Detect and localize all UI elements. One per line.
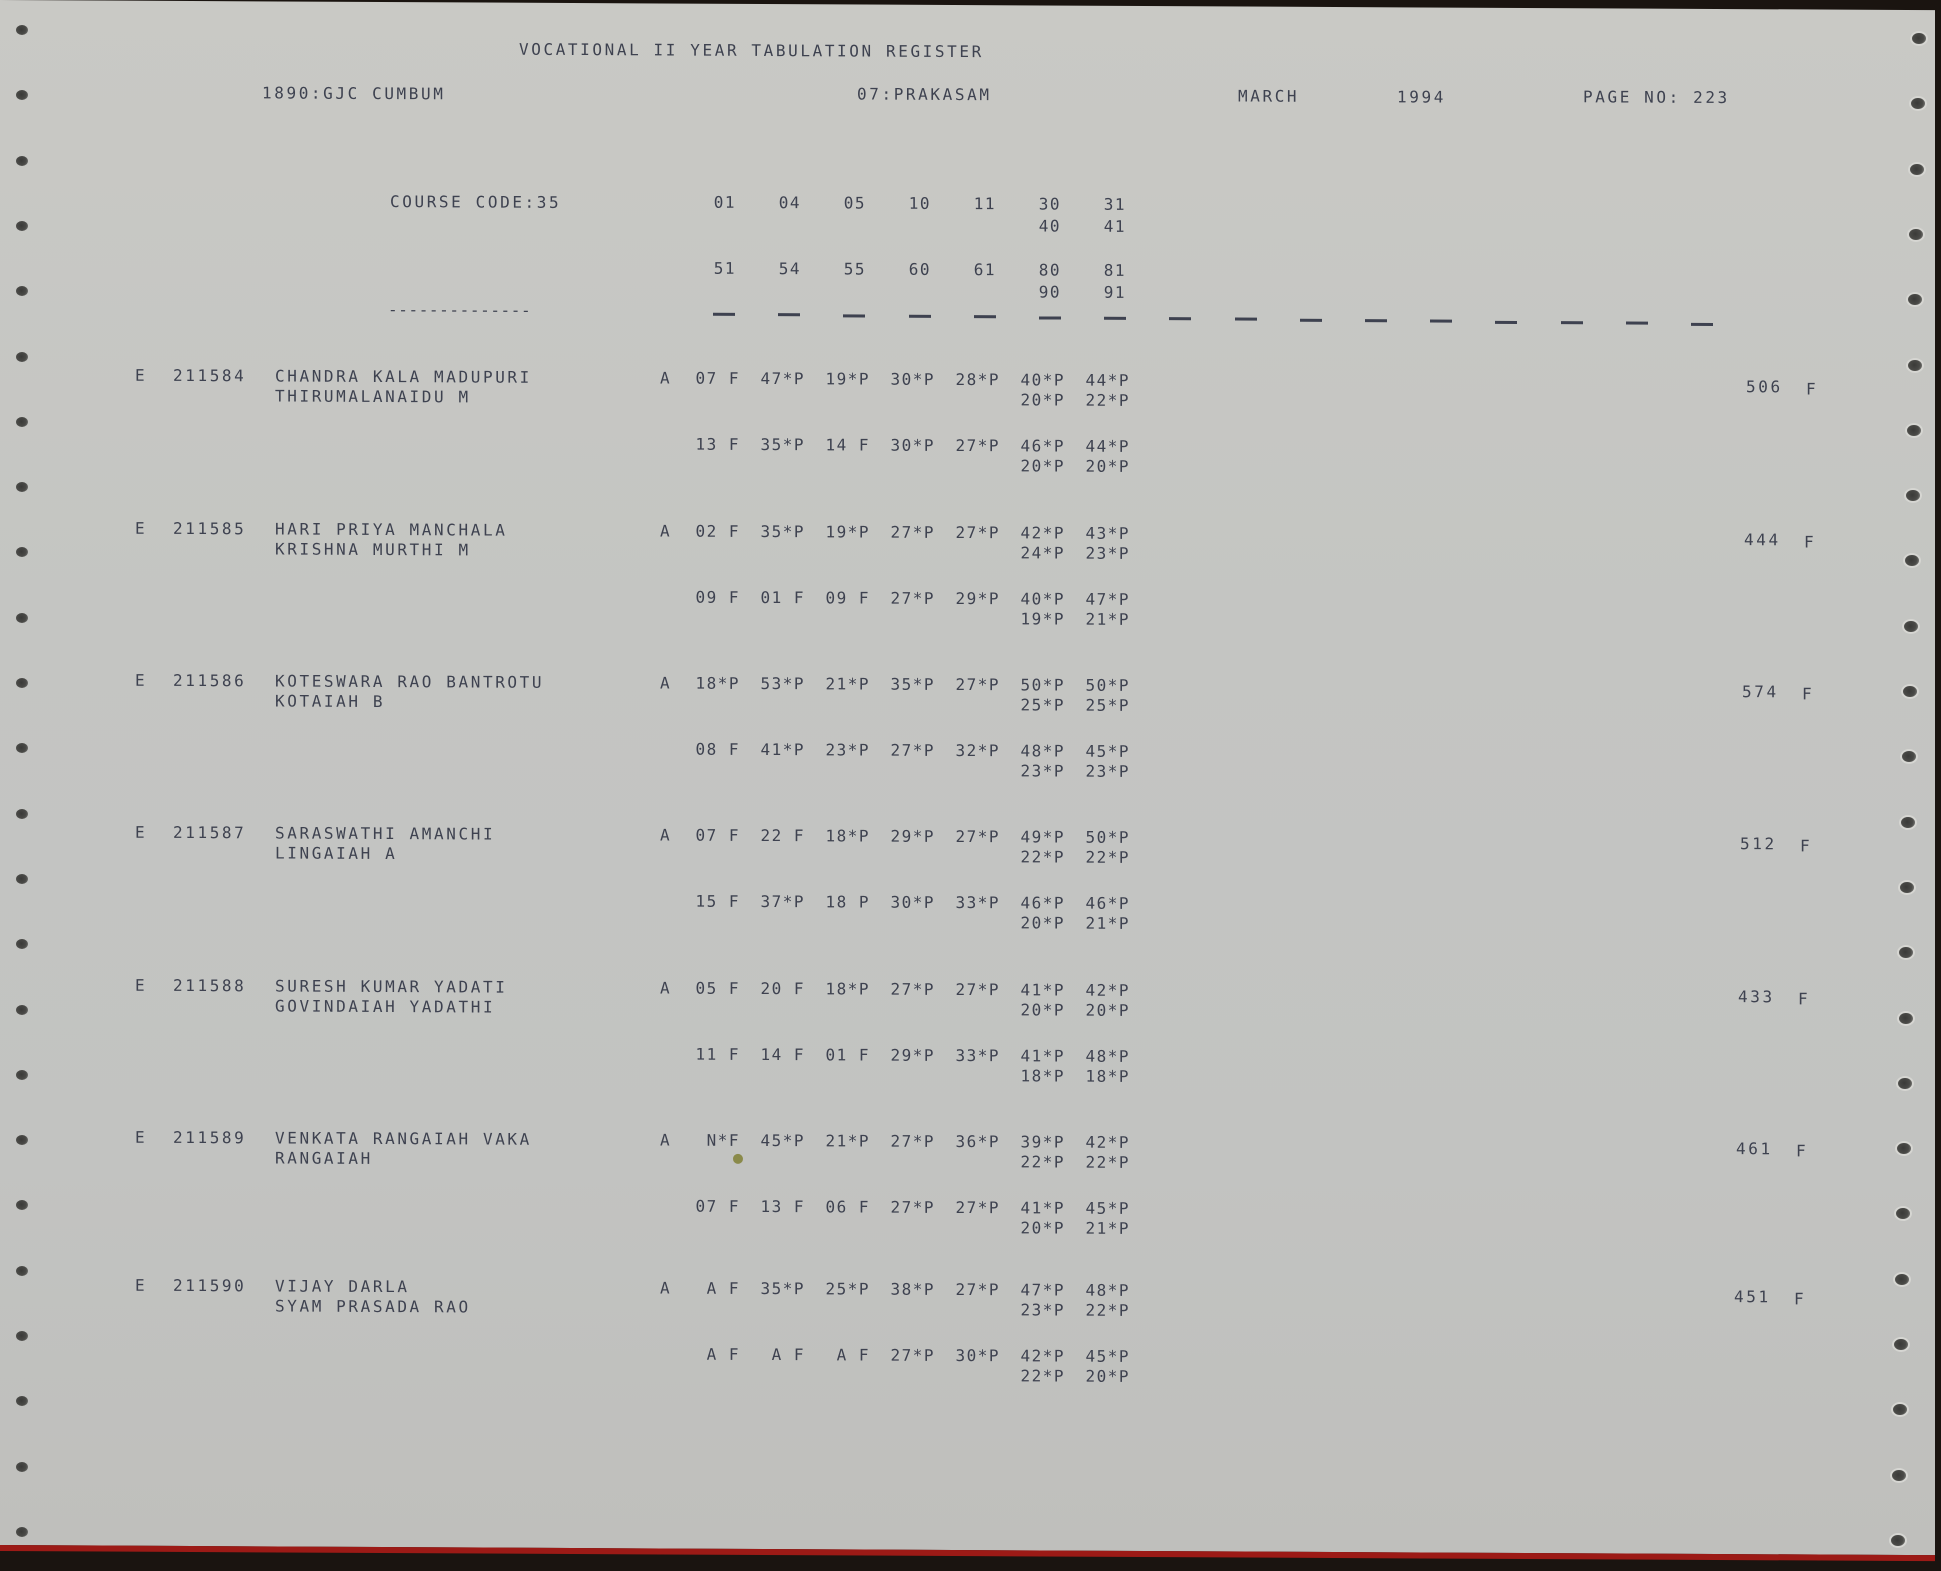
mark-cell: 47*P (1070, 590, 1130, 610)
mark-cell: 01 F (745, 588, 805, 608)
course-code-label: COURSE CODE:35 (390, 192, 561, 213)
column-dash (909, 315, 931, 318)
page-number: PAGE NO: 223 (1583, 87, 1730, 108)
mark-cell: 42*P (1070, 1133, 1130, 1153)
feed-hole-icon (1903, 686, 1917, 697)
result-code: F (1798, 989, 1810, 1009)
mark-cell: 02 F (680, 522, 740, 542)
parent-name: THIRUMALANAIDU M (275, 386, 471, 407)
roll-number: 211587 (173, 823, 246, 843)
feed-hole-icon (1899, 1013, 1913, 1024)
course-code: 81 (1066, 261, 1126, 281)
mark-cell: 46*P (1070, 894, 1130, 914)
column-dash (1691, 322, 1713, 325)
mark-cell: 27*P (940, 1280, 1000, 1300)
total-marks: 512 (1740, 834, 1777, 854)
mark-cell: 41*P (745, 740, 805, 760)
mark-cell: 27*P (875, 741, 935, 761)
mark-cell: 27*P (875, 1132, 935, 1152)
roll-number: 211586 (173, 671, 246, 691)
feed-hole-icon (16, 1266, 28, 1276)
mark-cell: 18*P (1005, 1066, 1065, 1086)
mark-cell: 30*P (940, 1346, 1000, 1366)
mark-cell: 27*P (940, 523, 1000, 543)
course-code: 60 (871, 260, 931, 280)
mark-cell: 20*P (1005, 456, 1065, 476)
record-type: E (135, 976, 147, 996)
column-dash (1104, 317, 1126, 320)
mark-cell: 29*P (875, 1046, 935, 1066)
result-code: F (1796, 1141, 1808, 1161)
mark-cell: 42*P (1005, 523, 1065, 543)
total-marks: 461 (1736, 1139, 1773, 1159)
mark-cell: 35*P (745, 1279, 805, 1299)
course-code: 54 (741, 259, 801, 279)
column-dash (1495, 320, 1517, 323)
mark-cell: 22*P (1070, 1301, 1130, 1321)
mark-cell: 22*P (1070, 1153, 1130, 1173)
column-dash (843, 314, 865, 317)
course-code: 11 (936, 194, 996, 214)
record-type: E (135, 366, 147, 386)
feed-hole-icon (16, 156, 28, 166)
mark-cell: 30*P (875, 436, 935, 456)
total-marks: 574 (1742, 682, 1779, 702)
parent-name: LINGAIAH A (275, 843, 397, 864)
mark-cell: 29*P (875, 827, 935, 847)
medium-code: A (660, 673, 672, 693)
mark-cell: 29*P (940, 589, 1000, 609)
mark-cell: 33*P (940, 1046, 1000, 1066)
result-code: F (1804, 532, 1816, 552)
mark-cell: A F (680, 1279, 740, 1299)
total-marks: 506 (1746, 377, 1783, 397)
feed-hole-icon (1912, 33, 1926, 44)
feed-hole-icon (16, 809, 28, 819)
mark-cell: 13 F (745, 1197, 805, 1217)
mark-cell: 50*P (1070, 676, 1130, 696)
mark-cell: 22 F (745, 826, 805, 846)
feed-hole-icon (1897, 1143, 1911, 1154)
mark-cell: 41*P (1005, 1046, 1065, 1066)
mark-cell: 20*P (1005, 913, 1065, 933)
mark-cell: 13 F (680, 435, 740, 455)
result-code: F (1806, 379, 1818, 399)
medium-code: A (660, 978, 672, 998)
mark-cell: 35*P (745, 522, 805, 542)
mark-cell: 27*P (940, 675, 1000, 695)
mark-cell: 27*P (875, 523, 935, 543)
mark-cell: 42*P (1005, 1346, 1065, 1366)
mark-cell: 23*P (810, 740, 870, 760)
register-title: VOCATIONAL II YEAR TABULATION REGISTER (519, 40, 984, 62)
mark-cell: 23*P (1070, 544, 1130, 564)
total-marks: 451 (1734, 1287, 1771, 1307)
course-code: 04 (741, 193, 801, 213)
mark-cell: 38*P (875, 1280, 935, 1300)
mark-cell: 36*P (940, 1132, 1000, 1152)
course-code: 30 (1001, 194, 1061, 214)
mark-cell: 27*P (875, 1346, 935, 1366)
feed-hole-icon (16, 613, 28, 623)
mark-cell: 18*P (680, 674, 740, 694)
course-code: 61 (936, 260, 996, 280)
mark-cell: 14 F (810, 435, 870, 455)
mark-cell: 25*P (810, 1279, 870, 1299)
student-name: VIJAY DARLA (275, 1276, 410, 1297)
mark-cell: 21*P (1070, 914, 1130, 934)
medium-code: A (660, 368, 672, 388)
mark-cell: 07 F (680, 1197, 740, 1217)
column-dash (974, 315, 996, 318)
course-underline: -------------- (388, 300, 531, 321)
mark-cell: 39*P (1005, 1132, 1065, 1152)
feed-hole-icon (1906, 490, 1920, 501)
parent-name: SYAM PRASADA RAO (275, 1296, 471, 1317)
record-type: E (135, 1128, 147, 1148)
course-code: 40 (1001, 216, 1061, 236)
mark-cell: 40*P (1005, 370, 1065, 390)
mark-cell: 25*P (1070, 696, 1130, 716)
mark-cell: 43*P (1070, 524, 1130, 544)
mark-cell: 09 F (680, 588, 740, 608)
column-dash (1169, 317, 1191, 320)
mark-cell: 46*P (1005, 436, 1065, 456)
feed-hole-icon (16, 678, 28, 688)
feed-hole-icon (1907, 425, 1921, 436)
column-dash (1300, 318, 1322, 321)
mark-cell: 21*P (1070, 1219, 1130, 1239)
column-dash (1235, 318, 1257, 321)
feed-hole-icon (16, 1070, 28, 1080)
mark-cell: 37*P (745, 892, 805, 912)
mark-cell: 23*P (1070, 762, 1130, 782)
feed-hole-icon (1908, 360, 1922, 371)
mark-cell: 20*P (1070, 1367, 1130, 1387)
mark-cell: 44*P (1070, 437, 1130, 457)
feed-hole-icon (16, 874, 28, 884)
mark-cell: 20*P (1070, 457, 1130, 477)
roll-number: 211590 (173, 1276, 246, 1296)
feed-hole-icon (16, 352, 28, 362)
medium-code: A (660, 1278, 672, 1298)
mark-cell: 21*P (1070, 610, 1130, 630)
mark-cell: N*F (680, 1131, 740, 1151)
mark-cell: 28*P (940, 370, 1000, 390)
mark-cell: 18*P (810, 979, 870, 999)
mark-cell: 40*P (1005, 589, 1065, 609)
mark-cell: 22*P (1070, 848, 1130, 868)
mark-cell: 05 F (680, 979, 740, 999)
mark-cell: 18*P (1070, 1067, 1130, 1087)
record-type: E (135, 1276, 147, 1296)
course-code: 51 (676, 259, 736, 279)
mark-cell: 20*P (1005, 1218, 1065, 1238)
mark-cell: 06 F (810, 1197, 870, 1217)
record-type: E (135, 671, 147, 691)
course-code: 31 (1066, 195, 1126, 215)
mark-cell: 20*P (1005, 1000, 1065, 1020)
mark-cell: 48*P (1070, 1047, 1130, 1067)
mark-cell: 41*P (1005, 980, 1065, 1000)
column-separator-row (0, 0, 1935, 10)
mark-cell: 20*P (1005, 390, 1065, 410)
student-name: KOTESWARA RAO BANTROTU (275, 671, 544, 692)
mark-cell: 27*P (875, 589, 935, 609)
roll-number: 211585 (173, 519, 246, 539)
column-dash (778, 313, 800, 316)
mark-cell: 07 F (680, 369, 740, 389)
mark-cell: 20*P (1070, 1001, 1130, 1021)
course-code-grid (0, 0, 1935, 10)
mark-cell: 45*P (745, 1131, 805, 1151)
mark-cell: 35*P (745, 435, 805, 455)
student-name: SURESH KUMAR YADATI (275, 976, 507, 997)
mark-cell: 47*P (745, 369, 805, 389)
feed-hole-icon (1898, 1078, 1912, 1089)
result-code: F (1794, 1289, 1806, 1309)
mark-cell: 45*P (1070, 1199, 1130, 1219)
medium-code: A (660, 825, 672, 845)
mark-cell: 27*P (940, 1198, 1000, 1218)
exam-month: MARCH (1238, 86, 1299, 106)
parent-name: KRISHNA MURTHI M (275, 539, 471, 560)
mark-cell: 14 F (745, 1045, 805, 1065)
mark-cell: 48*P (1070, 1281, 1130, 1301)
course-code: 80 (1001, 260, 1061, 280)
district-code: 07:PRAKASAM (857, 84, 992, 105)
mark-cell: 22*P (1005, 847, 1065, 867)
result-code: F (1800, 836, 1812, 856)
mark-cell: 18 P (810, 892, 870, 912)
course-code: 91 (1066, 283, 1126, 303)
mark-cell: 22*P (1070, 391, 1130, 411)
mark-cell: 22*P (1005, 1366, 1065, 1386)
exam-year: 1994 (1397, 87, 1446, 107)
mark-cell: 30*P (875, 370, 935, 390)
mark-cell: 19*P (1005, 609, 1065, 629)
mark-cell: 44*P (1070, 371, 1130, 391)
mark-cell: 23*P (1005, 761, 1065, 781)
mark-cell: 07 F (680, 826, 740, 846)
paper-stain (733, 1154, 743, 1164)
student-name: HARI PRIYA MANCHALA (275, 519, 507, 540)
total-marks: 444 (1744, 530, 1781, 550)
register-sheet: VOCATIONAL II YEAR TABULATION REGISTER 1… (0, 0, 1935, 1561)
mark-cell: 23*P (1005, 1300, 1065, 1320)
feed-hole-icon (16, 1331, 28, 1341)
mark-cell: 27*P (940, 827, 1000, 847)
feed-hole-icon (1892, 1470, 1906, 1481)
mark-cell: 27*P (940, 436, 1000, 456)
column-dash (1039, 316, 1061, 319)
column-dash (1365, 319, 1387, 322)
mark-cell: 25*P (1005, 695, 1065, 715)
total-marks: 433 (1738, 987, 1775, 1007)
mark-cell: 27*P (940, 980, 1000, 1000)
result-code: F (1802, 684, 1814, 704)
mark-cell: 41*P (1005, 1198, 1065, 1218)
mark-cell: 20 F (745, 979, 805, 999)
mark-cell: 49*P (1005, 827, 1065, 847)
mark-cell: 53*P (745, 674, 805, 694)
feed-hole-icon (16, 1005, 28, 1015)
roll-number: 211584 (173, 366, 246, 386)
parent-name: RANGAIAH (275, 1148, 373, 1169)
feed-hole-icon (1894, 1339, 1908, 1350)
mark-cell: 09 F (810, 588, 870, 608)
course-code: 05 (806, 193, 866, 213)
mark-cell: 50*P (1005, 675, 1065, 695)
mark-cell: 45*P (1070, 742, 1130, 762)
mark-cell: 24*P (1005, 543, 1065, 563)
mark-cell: A F (810, 1345, 870, 1365)
mark-cell: 50*P (1070, 828, 1130, 848)
mark-cell: 30*P (875, 893, 935, 913)
course-code: 10 (871, 194, 931, 214)
course-code: 90 (1001, 282, 1061, 302)
student-list (0, 0, 1935, 10)
feed-hole-icon (1910, 164, 1924, 175)
medium-code: A (660, 521, 672, 541)
mark-cell: 18*P (810, 826, 870, 846)
parent-name: KOTAIAH B (275, 691, 385, 712)
mark-cell: 46*P (1005, 893, 1065, 913)
mark-cell: A F (680, 1345, 740, 1365)
feed-hole-icon (16, 25, 28, 35)
roll-number: 211588 (173, 976, 246, 996)
student-name: SARASWATHI AMANCHI (275, 823, 495, 844)
mark-cell: 19*P (810, 522, 870, 542)
student-name: VENKATA RANGAIAH VAKA (275, 1128, 532, 1149)
feed-hole-icon (16, 417, 28, 427)
mark-cell: 48*P (1005, 741, 1065, 761)
feed-hole-icon (16, 1462, 28, 1472)
mark-cell: 22*P (1005, 1152, 1065, 1172)
feed-hole-icon (16, 221, 28, 231)
feed-hole-icon (1901, 817, 1915, 828)
mark-cell: 19*P (810, 369, 870, 389)
mark-cell: 01 F (810, 1045, 870, 1065)
roll-number: 211589 (173, 1128, 246, 1148)
mark-cell: 47*P (1005, 1280, 1065, 1300)
mark-cell: 27*P (875, 1198, 935, 1218)
mark-cell: 11 F (680, 1045, 740, 1065)
column-dash (1626, 322, 1648, 325)
column-dash (1430, 320, 1452, 323)
column-dash (713, 313, 735, 316)
mark-cell: 45*P (1070, 1347, 1130, 1367)
course-code: 41 (1066, 217, 1126, 237)
record-type: E (135, 823, 147, 843)
parent-name: GOVINDAIAH YADATHI (275, 996, 495, 1017)
mark-cell: 33*P (940, 893, 1000, 913)
feed-hole-icon (1895, 1274, 1909, 1285)
mark-cell: 32*P (940, 741, 1000, 761)
mark-cell: 21*P (810, 674, 870, 694)
mark-cell: 27*P (875, 980, 935, 1000)
mark-cell: 15 F (680, 892, 740, 912)
mark-cell: 08 F (680, 740, 740, 760)
student-name: CHANDRA KALA MADUPURI (275, 366, 532, 387)
course-code: 01 (676, 193, 736, 213)
feed-hole-icon (1904, 621, 1918, 632)
record-type: E (135, 519, 147, 539)
course-code: 55 (806, 259, 866, 279)
mark-cell: 21*P (810, 1131, 870, 1151)
column-dash (1561, 321, 1583, 324)
medium-code: A (660, 1130, 672, 1150)
mark-cell: 35*P (875, 675, 935, 695)
college-code: 1890:GJC CUMBUM (262, 83, 446, 104)
feed-hole-icon (16, 1527, 28, 1537)
mark-cell: A F (745, 1345, 805, 1365)
mark-cell: 42*P (1070, 981, 1130, 1001)
